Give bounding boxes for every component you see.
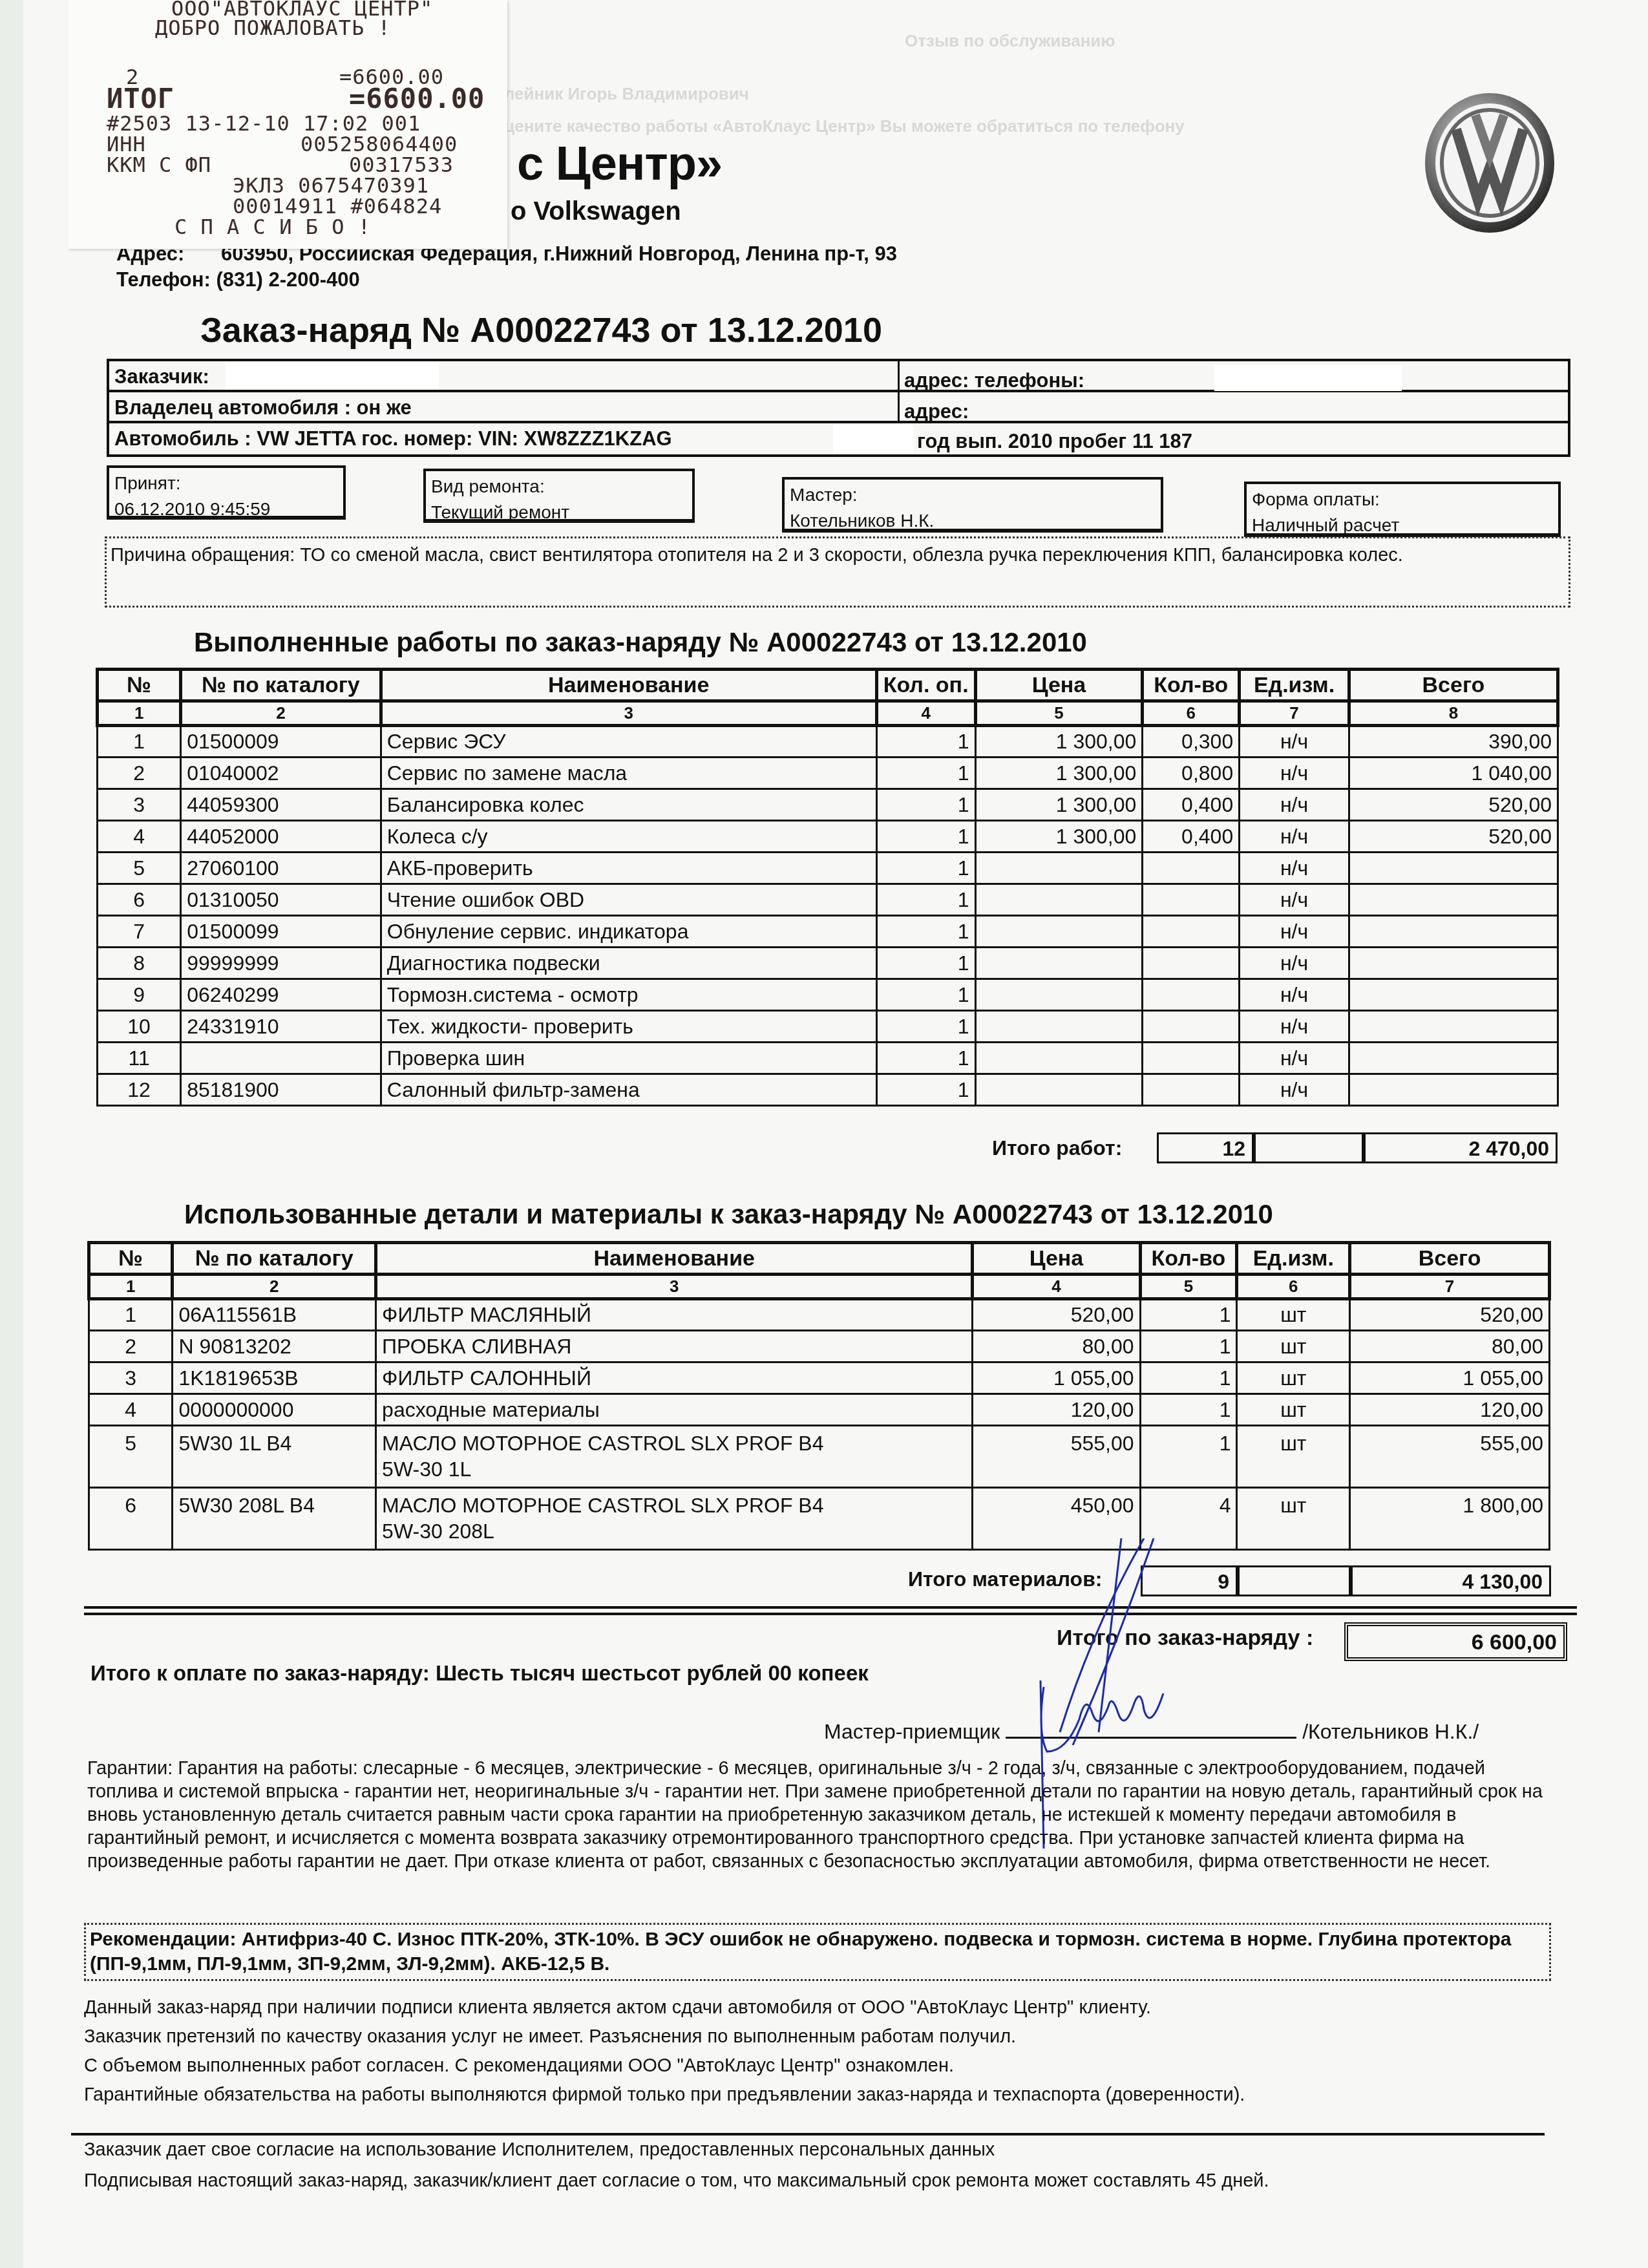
receipt-thanks: С П А С И Б О ! xyxy=(174,215,371,239)
unit: шт xyxy=(1237,1426,1350,1488)
operations-count: 1 xyxy=(876,916,975,948)
operations-count: 1 xyxy=(876,1043,975,1074)
catalog-number: 06240299 xyxy=(181,979,381,1011)
total-in-words: Итого к оплате по заказ-наряду: Шесть ты… xyxy=(90,1661,869,1686)
company-name: с Центр» xyxy=(517,136,722,191)
column-header: Всего xyxy=(1350,1243,1550,1275)
column-header: Наименование xyxy=(376,1243,973,1275)
work-name: Балансировка колес xyxy=(381,789,876,821)
table-row: 899999999Диагностика подвески1н/ч xyxy=(98,948,1558,979)
repair-type-label: Вид ремонта: xyxy=(431,474,687,500)
column-number: 7 xyxy=(1240,701,1349,726)
volkswagen-logo-icon xyxy=(1419,90,1561,236)
unit: шт xyxy=(1237,1488,1350,1550)
visit-reason: Причина обращения: ТО со сменой масла, с… xyxy=(105,536,1570,608)
table-row: 65W30 208L B4МАСЛО МОТОРНОЕ CASTROL SLX … xyxy=(89,1488,1550,1550)
quantity: 0,400 xyxy=(1143,821,1240,853)
table-row: 201040002Сервис по замене масла11 300,00… xyxy=(98,758,1558,789)
parts-total-spacer xyxy=(1238,1565,1351,1596)
divider xyxy=(898,392,900,421)
catalog-number: N 90813202 xyxy=(173,1331,376,1362)
quantity: 1 xyxy=(1140,1426,1237,1488)
row-total xyxy=(1349,979,1558,1011)
signature-label: Мастер-приемщик xyxy=(824,1720,1000,1743)
catalog-number: 99999999 xyxy=(181,948,381,979)
part-name: МАСЛО МОТОРНОЕ CASTROL SLX PROF B45W-30 … xyxy=(376,1426,973,1488)
row-total xyxy=(1349,948,1558,979)
work-name: Колеса с/у xyxy=(381,821,876,853)
row-number: 5 xyxy=(98,853,181,884)
owner-row: Владелец автомобиля : он же адрес: xyxy=(109,392,1568,423)
table-row: 31K1819653BФИЛЬТР САЛОННЫЙ1 055,001шт1 0… xyxy=(89,1362,1550,1394)
catalog-number: 27060100 xyxy=(181,853,381,884)
table-row: 55W30 1L B4МАСЛО МОТОРНОЕ CASTROL SLX PR… xyxy=(89,1426,1550,1488)
table-row: 906240299Тормозн.система - осмотр1н/ч xyxy=(98,979,1558,1011)
column-header: Кол. оп. xyxy=(876,670,975,701)
column-number: 1 xyxy=(89,1275,173,1299)
unit: шт xyxy=(1237,1331,1350,1362)
table-row: 101500009Сервис ЭСУ11 300,000,300н/ч390,… xyxy=(98,726,1558,758)
column-header: Всего xyxy=(1349,670,1558,701)
repair-type-card: Вид ремонта: Текущий ремонт xyxy=(423,469,695,523)
owner-address-label: адрес: xyxy=(904,400,969,423)
table-row: 701500099Обнуление сервис. индикатора1н/… xyxy=(98,916,1558,948)
row-number: 2 xyxy=(89,1331,173,1362)
statement-line: Заказчик претензий по качеству оказания … xyxy=(84,2026,1016,2048)
owner-text: Владелец автомобиля : он же xyxy=(114,396,412,419)
price: 520,00 xyxy=(973,1299,1140,1331)
row-total: 120,00 xyxy=(1350,1394,1550,1426)
unit: н/ч xyxy=(1240,884,1349,916)
part-name-line: ПРОБКА СЛИВНАЯ xyxy=(382,1335,966,1359)
receipt-total-label: ИТОГ xyxy=(107,83,174,114)
receipt-total-amount: =6600.00 xyxy=(349,83,485,114)
catalog-number: 01310050 xyxy=(181,884,381,916)
row-number: 3 xyxy=(98,789,181,821)
accepted-value: 06.12.2010 9:45:59 xyxy=(114,496,338,522)
work-name: Обнуление сервис. индикатора xyxy=(381,916,876,948)
dealer-line: o Volkswagen xyxy=(511,197,681,226)
price xyxy=(975,1043,1143,1074)
unit: н/ч xyxy=(1240,1074,1349,1106)
quantity xyxy=(1143,1074,1240,1106)
row-total xyxy=(1349,1074,1558,1106)
quantity xyxy=(1143,979,1240,1011)
parts-table: №№ по каталогуНаименованиеЦенаКол-воЕд.и… xyxy=(87,1241,1551,1551)
price: 1 300,00 xyxy=(975,726,1143,758)
warranty-text: Гарантии: Гарантия на работы: слесарные … xyxy=(87,1757,1561,1873)
work-name: Диагностика подвески xyxy=(381,948,876,979)
price: 80,00 xyxy=(973,1331,1140,1362)
row-total: 1 800,00 xyxy=(1350,1488,1550,1550)
operations-count: 1 xyxy=(876,948,975,979)
part-name: расходные материалы xyxy=(376,1394,973,1426)
row-number: 11 xyxy=(98,1043,181,1074)
catalog-number: 06A115561B xyxy=(173,1299,376,1331)
row-total xyxy=(1349,853,1558,884)
table-row: 40000000000расходные материалы120,001шт1… xyxy=(89,1394,1550,1426)
row-total xyxy=(1349,1043,1558,1074)
part-name: ФИЛЬТР САЛОННЫЙ xyxy=(376,1362,973,1394)
column-number: 7 xyxy=(1350,1275,1550,1299)
part-name-line: ФИЛЬТР МАСЛЯНЫЙ xyxy=(382,1303,966,1327)
payment-value: Наличный расчет xyxy=(1252,513,1553,538)
part-name-line: расходные материалы xyxy=(382,1398,966,1422)
scan-edge xyxy=(0,0,23,2268)
divider xyxy=(84,1606,1577,1609)
row-total: 1 040,00 xyxy=(1349,758,1558,789)
column-number: 8 xyxy=(1349,701,1558,726)
column-header: № xyxy=(89,1243,173,1275)
column-number: 2 xyxy=(173,1275,376,1299)
operations-count: 1 xyxy=(876,726,975,758)
master-label: Мастер: xyxy=(790,482,1156,508)
work-name: Тормозн.система - осмотр xyxy=(381,979,876,1011)
part-name-line: МАСЛО МОТОРНОЕ CASTROL SLX PROF B4 xyxy=(382,1492,966,1518)
repair-type-value: Текущий ремонт xyxy=(431,500,687,525)
part-name: ФИЛЬТР МАСЛЯНЫЙ xyxy=(376,1299,973,1331)
catalog-number: 44052000 xyxy=(181,821,381,853)
catalog-number: 1K1819653B xyxy=(173,1362,376,1394)
operations-count: 1 xyxy=(876,853,975,884)
quantity xyxy=(1143,884,1240,916)
column-header: Кол-во xyxy=(1143,670,1240,701)
row-total: 520,00 xyxy=(1349,789,1558,821)
work-name: Тех. жидкости- проверить xyxy=(381,1011,876,1043)
works-total-label: Итого работ: xyxy=(992,1136,1122,1160)
part-name-line: 5W-30 1L xyxy=(382,1456,966,1482)
address-phones-label: адрес: телефоны: xyxy=(904,369,1084,392)
works-total-count: 12 xyxy=(1157,1132,1254,1163)
row-number: 4 xyxy=(98,821,181,853)
column-number: 6 xyxy=(1143,701,1240,726)
work-name: Проверка шин xyxy=(381,1043,876,1074)
catalog-number: 44059300 xyxy=(181,789,381,821)
row-total: 520,00 xyxy=(1350,1299,1550,1331)
quantity: 1 xyxy=(1140,1331,1237,1362)
row-total xyxy=(1349,1011,1558,1043)
price xyxy=(975,979,1143,1011)
unit: н/ч xyxy=(1240,758,1349,789)
column-header: Ед.изм. xyxy=(1237,1243,1350,1275)
column-header: № по каталогу xyxy=(181,670,381,701)
unit: н/ч xyxy=(1240,1043,1349,1074)
grand-total-amount: 6 600,00 xyxy=(1344,1622,1567,1661)
master-value: Котельников Н.К. xyxy=(790,508,1156,534)
work-name: Чтение ошибок OBD xyxy=(381,884,876,916)
client-info-box: Заказчик: адрес: телефоны: Владелец авто… xyxy=(107,359,1570,457)
unit: н/ч xyxy=(1240,789,1349,821)
cash-receipt: ООО"АВТОКЛАУС ЦЕНТР" ДОБРО ПОЖАЛОВАТЬ ! … xyxy=(68,0,507,249)
part-name: ПРОБКА СЛИВНАЯ xyxy=(376,1331,973,1362)
catalog-number: 01500099 xyxy=(181,916,381,948)
column-header: № по каталогу xyxy=(173,1243,376,1275)
quantity xyxy=(1143,1011,1240,1043)
operations-count: 1 xyxy=(876,884,975,916)
unit: шт xyxy=(1237,1299,1350,1331)
row-total: 390,00 xyxy=(1349,726,1558,758)
price xyxy=(975,916,1143,948)
accepted-label: Принят: xyxy=(114,471,338,496)
row-total xyxy=(1349,916,1558,948)
row-number: 3 xyxy=(89,1362,173,1394)
divider xyxy=(71,2133,1545,2136)
divider xyxy=(898,361,900,390)
unit: шт xyxy=(1237,1362,1350,1394)
payment-card: Форма оплаты: Наличный расчет xyxy=(1244,482,1561,537)
works-total-spacer xyxy=(1254,1132,1364,1163)
redacted-phones xyxy=(1214,365,1402,391)
redacted-customer xyxy=(226,361,439,390)
parts-header-row: №№ по каталогуНаименованиеЦенаКол-воЕд.и… xyxy=(89,1243,1550,1275)
statement-line: Данный заказ-наряд при наличии подписи к… xyxy=(84,1997,1151,2019)
consent-line: Подписывая настоящий заказ-наряд, заказч… xyxy=(84,2170,1269,2192)
row-number: 7 xyxy=(98,916,181,948)
quantity xyxy=(1143,916,1240,948)
car-row: Автомобиль : VW JETTA гос. номер: VIN: X… xyxy=(109,423,1568,454)
price xyxy=(975,1074,1143,1106)
parts-colnum-row: 1234567 xyxy=(89,1275,1550,1299)
quantity: 1 xyxy=(1140,1362,1237,1394)
column-header: Цена xyxy=(975,670,1143,701)
work-name: Сервис по замене масла xyxy=(381,758,876,789)
column-number: 3 xyxy=(376,1275,973,1299)
catalog-number: 5W30 1L B4 xyxy=(173,1426,376,1488)
table-row: 2N 90813202ПРОБКА СЛИВНАЯ80,001шт80,00 xyxy=(89,1331,1550,1362)
customer-label: Заказчик: xyxy=(114,365,209,388)
unit: н/ч xyxy=(1240,916,1349,948)
unit: шт xyxy=(1237,1394,1350,1426)
catalog-number: 24331910 xyxy=(181,1011,381,1043)
row-total: 1 055,00 xyxy=(1350,1362,1550,1394)
company-phone: Телефон: (831) 2-200-400 xyxy=(116,268,360,291)
operations-count: 1 xyxy=(876,979,975,1011)
column-header: № xyxy=(98,670,181,701)
row-number: 5 xyxy=(89,1426,173,1488)
catalog-number: 5W30 208L B4 xyxy=(173,1488,376,1550)
parts-total-amount: 4 130,00 xyxy=(1351,1565,1551,1596)
price: 1 300,00 xyxy=(975,789,1143,821)
order-title: Заказ-наряд № A00022743 от 13.12.2010 xyxy=(200,310,882,350)
row-number: 9 xyxy=(98,979,181,1011)
table-row: 527060100АКБ-проверить1н/ч xyxy=(98,853,1558,884)
row-number: 12 xyxy=(98,1074,181,1106)
work-name: Салонный фильтр-замена xyxy=(381,1074,876,1106)
unit: н/ч xyxy=(1240,979,1349,1011)
row-number: 1 xyxy=(98,726,181,758)
table-row: 106A115561BФИЛЬТР МАСЛЯНЫЙ520,001шт520,0… xyxy=(89,1299,1550,1331)
receipt-greeting: ДОБРО ПОЖАЛОВАТЬ ! xyxy=(155,16,391,40)
table-row: 444052000Колеса с/у11 300,000,400н/ч520,… xyxy=(98,821,1558,853)
unit: н/ч xyxy=(1240,948,1349,979)
row-total: 520,00 xyxy=(1349,821,1558,853)
car-text: Автомобиль : VW JETTA гос. номер: VIN: X… xyxy=(114,427,672,450)
price: 1 055,00 xyxy=(973,1362,1140,1394)
quantity: 0,400 xyxy=(1143,789,1240,821)
unit: н/ч xyxy=(1240,821,1349,853)
consent-line: Заказчик дает свое согласие на использов… xyxy=(84,2139,995,2161)
column-number: 2 xyxy=(181,701,381,726)
quantity xyxy=(1143,948,1240,979)
price xyxy=(975,884,1143,916)
column-number: 5 xyxy=(1140,1275,1237,1299)
column-number: 1 xyxy=(98,701,181,726)
table-row: 11Проверка шин1н/ч xyxy=(98,1043,1558,1074)
parts-section-title: Использованные детали и материалы к зака… xyxy=(184,1199,1273,1230)
column-number: 5 xyxy=(975,701,1143,726)
redacted-vin xyxy=(833,425,914,453)
payment-label: Форма оплаты: xyxy=(1252,487,1553,513)
receipt-kkm-label: ККМ С ФП xyxy=(107,153,211,177)
quantity: 1 xyxy=(1140,1394,1237,1426)
work-name: АКБ-проверить xyxy=(381,853,876,884)
row-total xyxy=(1349,884,1558,916)
catalog-number: 0000000000 xyxy=(173,1394,376,1426)
price: 1 300,00 xyxy=(975,821,1143,853)
column-number: 4 xyxy=(876,701,975,726)
faded-text: Отзыв по обслуживанию xyxy=(905,31,1115,51)
quantity: 1 xyxy=(1140,1299,1237,1331)
row-number: 2 xyxy=(98,758,181,789)
column-number: 4 xyxy=(973,1275,1140,1299)
statement-line: С объемом выполненных работ согласен. С … xyxy=(84,2055,954,2077)
part-name-line: ФИЛЬТР САЛОННЫЙ xyxy=(382,1366,966,1390)
column-header: Кол-во xyxy=(1140,1243,1237,1275)
price: 555,00 xyxy=(973,1426,1140,1488)
price xyxy=(975,1011,1143,1043)
price: 120,00 xyxy=(973,1394,1140,1426)
part-name: МАСЛО МОТОРНОЕ CASTROL SLX PROF B45W-30 … xyxy=(376,1488,973,1550)
customer-row: Заказчик: адрес: телефоны: xyxy=(109,361,1568,392)
works-total-amount: 2 470,00 xyxy=(1364,1132,1558,1163)
row-total: 555,00 xyxy=(1350,1426,1550,1488)
table-row: 1285181900Салонный фильтр-замена1н/ч xyxy=(98,1074,1558,1106)
operations-count: 1 xyxy=(876,789,975,821)
quantity xyxy=(1143,1043,1240,1074)
row-number: 6 xyxy=(98,884,181,916)
year-mileage: год вып. 2010 пробег 11 187 xyxy=(917,430,1192,453)
faded-text: Олейник Игорь Владимирович xyxy=(491,84,749,104)
catalog-number: 01040002 xyxy=(181,758,381,789)
price xyxy=(975,948,1143,979)
catalog-number: 85181900 xyxy=(181,1074,381,1106)
catalog-number: 01500009 xyxy=(181,726,381,758)
row-number: 4 xyxy=(89,1394,173,1426)
faded-text: Оцените качество работы «АвтоКлаус Центр… xyxy=(491,116,1185,136)
column-header: Цена xyxy=(973,1243,1140,1275)
works-header-row: №№ по каталогуНаименованиеКол. оп.ЦенаКо… xyxy=(98,670,1558,701)
row-number: 1 xyxy=(89,1299,173,1331)
row-number: 10 xyxy=(98,1011,181,1043)
row-number: 8 xyxy=(98,948,181,979)
table-row: 1024331910Тех. жидкости- проверить1н/ч xyxy=(98,1011,1558,1043)
table-row: 344059300Балансировка колес11 300,000,40… xyxy=(98,789,1558,821)
works-table: №№ по каталогуНаименованиеКол. оп.ЦенаКо… xyxy=(96,668,1559,1107)
column-number: 6 xyxy=(1237,1275,1350,1299)
unit: н/ч xyxy=(1240,726,1349,758)
signature-name: /Котельников Н.К./ xyxy=(1302,1720,1479,1743)
works-section-title: Выполненные работы по заказ-наряду № A00… xyxy=(194,627,1087,658)
part-name-line: 5W-30 208L xyxy=(382,1518,966,1544)
accepted-card: Принят: 06.12.2010 9:45:59 xyxy=(107,465,346,520)
row-total: 80,00 xyxy=(1350,1331,1550,1362)
quantity xyxy=(1143,853,1240,884)
catalog-number xyxy=(181,1043,381,1074)
table-row: 601310050Чтение ошибок OBD1н/ч xyxy=(98,884,1558,916)
price: 1 300,00 xyxy=(975,758,1143,789)
part-name-line: МАСЛО МОТОРНОЕ CASTROL SLX PROF B4 xyxy=(382,1430,966,1456)
divider xyxy=(84,1613,1577,1615)
operations-count: 1 xyxy=(876,1074,975,1106)
operations-count: 1 xyxy=(876,758,975,789)
recommendations: Рекомендации: Антифриз-40 С. Износ ПТК-2… xyxy=(84,1923,1551,1981)
operations-count: 1 xyxy=(876,1011,975,1043)
column-header: Ед.изм. xyxy=(1240,670,1349,701)
work-name: Сервис ЭСУ xyxy=(381,726,876,758)
statement-line: Гарантийные обязательства на работы выпо… xyxy=(84,2084,1245,2106)
master-card: Мастер: Котельников Н.К. xyxy=(782,477,1163,533)
quantity: 0,800 xyxy=(1143,758,1240,789)
column-number: 3 xyxy=(381,701,876,726)
quantity: 0,300 xyxy=(1143,726,1240,758)
unit: н/ч xyxy=(1240,1011,1349,1043)
row-number: 6 xyxy=(89,1488,173,1550)
unit: н/ч xyxy=(1240,853,1349,884)
operations-count: 1 xyxy=(876,821,975,853)
column-header: Наименование xyxy=(381,670,876,701)
price xyxy=(975,853,1143,884)
works-colnum-row: 12345678 xyxy=(98,701,1558,726)
